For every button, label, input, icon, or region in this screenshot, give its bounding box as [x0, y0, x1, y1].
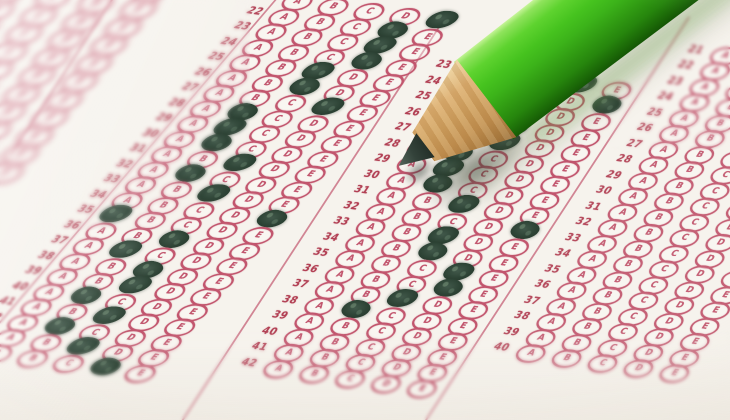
bubble-letter: B	[622, 260, 634, 269]
bubble-letter: E	[447, 337, 458, 346]
bubble-letter: B	[0, 5, 4, 15]
bubble-letter: D	[58, 35, 74, 45]
bubble-letter: B	[401, 228, 413, 237]
bubble-letter: C	[375, 327, 386, 336]
answer-bubble-filled	[297, 61, 339, 79]
question-number: 30	[135, 126, 163, 139]
bubble-letter: B	[40, 338, 53, 347]
bubble-letter: D	[0, 107, 15, 117]
bubble-letter: A	[525, 349, 537, 358]
bubble-letter: B	[196, 155, 209, 164]
answer-bubble: C	[583, 353, 622, 375]
question-number: 34	[316, 230, 342, 243]
answer-bubble-filled	[193, 183, 235, 201]
bubble-letter: D	[333, 88, 347, 97]
bubble-letter: D	[150, 302, 164, 311]
bubble-letter: E	[116, 22, 130, 32]
question-number: 21	[252, 0, 280, 1]
bubble-letter: D	[346, 73, 360, 82]
bubble-letter: C	[679, 234, 690, 243]
bubble-letter: B	[602, 291, 614, 300]
bubble-letter: A	[186, 119, 199, 128]
bubble-letter: D	[44, 53, 60, 63]
bubble-letter: A	[617, 208, 629, 217]
bubble-letter: D	[724, 223, 730, 232]
bubble-letter: A	[596, 239, 608, 248]
bubble-letter: D	[229, 211, 243, 220]
bubble-letter: C	[16, 29, 31, 39]
bubble-letter: E	[357, 109, 369, 118]
question-number: 26	[397, 105, 423, 118]
bubble-letter: A	[173, 135, 186, 144]
bubble-letter: A	[365, 223, 377, 232]
bubble-letter: B	[390, 244, 402, 253]
bubble-letter: A	[344, 255, 356, 264]
bubble-letter: D	[673, 301, 685, 310]
bubble-letter: E	[13, 149, 27, 159]
bubble-letter: A	[566, 286, 578, 295]
question-number: 26	[187, 65, 215, 78]
bubble-letter: A	[556, 302, 568, 311]
answer-bubble: E	[655, 363, 694, 385]
question-number: 32	[108, 157, 136, 170]
bubble-letter: E	[330, 139, 342, 148]
bubble-letter: A	[239, 58, 252, 67]
question-number: 38	[30, 248, 58, 261]
bubble-letter: E	[539, 196, 550, 205]
bubble-letter: B	[144, 216, 157, 225]
bubble-letter: A	[160, 150, 173, 159]
bubble-letter: C	[355, 359, 366, 368]
bubble-letter: D	[14, 89, 30, 99]
bubble-letter: A	[668, 130, 680, 139]
bubble-letter: B	[380, 260, 392, 269]
bubble-letter: A	[4, 333, 17, 342]
question-number: 36	[527, 278, 553, 291]
bubble-letter: D	[472, 238, 484, 247]
question-number: 35	[305, 246, 331, 259]
question-number: 39	[496, 325, 522, 338]
question-number: 24	[418, 74, 444, 87]
bubble-letter: E	[148, 353, 160, 362]
answer-bubble: A	[259, 358, 298, 380]
bubble-letter: B	[694, 150, 706, 159]
answer-bubble: B	[295, 363, 334, 385]
bubble-letter: A	[535, 333, 547, 342]
bubble-letter: C	[0, 65, 2, 75]
bubble-letter: B	[170, 185, 183, 194]
bubble-letter: C	[337, 38, 350, 47]
answer-bubble: A	[511, 343, 550, 365]
bubble-letter: B	[360, 291, 372, 300]
bubble-letter: D	[163, 287, 177, 296]
bubble-letter: A	[278, 12, 291, 21]
bubble-letter: E	[488, 275, 499, 284]
bubble-letter: C	[617, 328, 628, 337]
question-number: 26	[629, 121, 655, 134]
question-number: 29	[148, 111, 176, 124]
bubble-letter: D	[643, 348, 655, 357]
bubble-letter: E	[57, 95, 71, 105]
bubble-letter: D	[268, 165, 282, 174]
bubble-letter: B	[262, 79, 275, 88]
bubble-letter: E	[0, 168, 13, 178]
bubble-letter: B	[309, 369, 321, 378]
bubble-letter: C	[154, 252, 167, 261]
question-number: 34	[547, 247, 573, 260]
bubble-letter: C	[89, 328, 102, 337]
question-number: 23	[428, 58, 454, 71]
bubble-letter: C	[386, 312, 397, 321]
bubble-letter: E	[550, 181, 561, 190]
bubble-letter: A	[43, 287, 56, 296]
question-number: 34	[82, 187, 110, 200]
bubble-letter: C	[46, 0, 61, 3]
bubble-letter: A	[283, 349, 295, 358]
question-number: 29	[367, 152, 393, 165]
answer-bubble-filled	[307, 97, 349, 115]
bubble-letter: E	[669, 369, 680, 378]
bubble-letter: E	[422, 32, 434, 41]
bubble-letter: A	[265, 28, 278, 37]
question-number: 37	[285, 277, 311, 290]
bubble-letter: B	[612, 276, 624, 285]
question-number: 38	[275, 293, 301, 306]
bubble-letter: E	[87, 59, 101, 69]
question-number: 35	[69, 203, 97, 216]
bubble-letter: E	[343, 124, 355, 133]
question-number: 27	[619, 137, 645, 150]
bubble-letter: C	[363, 7, 376, 16]
bubble-letter: A	[147, 165, 160, 174]
bubble-letter: A	[303, 317, 315, 326]
bubble-letter: A	[293, 333, 305, 342]
question-number: 40	[4, 279, 32, 292]
bubble-letter: E	[710, 307, 721, 316]
bubble-letter: E	[427, 369, 438, 378]
question-number: 28	[161, 96, 189, 109]
bubble-letter: E	[72, 77, 86, 87]
bubble-letter: D	[421, 317, 433, 326]
bubble-letter: B	[571, 338, 583, 347]
bubble-letter: A	[576, 271, 588, 280]
bubble-letter: D	[401, 348, 413, 357]
bubble-letter: A	[678, 114, 690, 123]
bubble-letter: C	[416, 265, 427, 274]
answer-bubble-filled	[421, 10, 463, 28]
bubble-letter: D	[653, 333, 665, 342]
bubble-letter: B	[704, 135, 716, 144]
bubble-letter: D	[663, 317, 675, 326]
bubble-letter: C	[193, 206, 206, 215]
bubble-letter: D	[482, 223, 494, 232]
question-number: 33	[557, 231, 583, 244]
answer-bubble-filled	[359, 36, 401, 54]
bubble-letter: D	[462, 254, 474, 263]
bubble-letter: D	[390, 364, 402, 373]
bubble-letter: C	[628, 312, 639, 321]
bubble-letter: E	[409, 48, 421, 57]
bubble-letter: D	[176, 272, 190, 281]
question-number: 32	[568, 215, 594, 228]
bubble-letter: D	[380, 379, 392, 388]
answer-bubble: E	[403, 378, 442, 400]
question-number: 28	[377, 136, 403, 149]
question-number: 40	[254, 324, 280, 337]
bubble-letter: E	[252, 231, 264, 240]
bubble-letter: B	[329, 338, 341, 347]
bubble-letter: C	[345, 374, 356, 383]
bubble-letter: C	[638, 296, 649, 305]
bubble-letter: A	[375, 208, 387, 217]
question-number: 32	[336, 199, 362, 212]
bubble-letter: A	[213, 89, 226, 98]
bubble-letter: A	[56, 272, 69, 281]
answer-bubble-filled	[62, 336, 104, 354]
question-number: 29	[598, 168, 624, 181]
bubble-letter: E	[28, 131, 42, 141]
bubble-letter: A	[95, 226, 108, 235]
bubble-letter: E	[396, 63, 408, 72]
bubble-letter: E	[174, 323, 186, 332]
bubble-letter: B	[725, 103, 730, 112]
bubble-letter: C	[406, 280, 417, 289]
bubble-letter: E	[135, 369, 147, 378]
bubble-letter: A	[355, 239, 367, 248]
bubble-letter: B	[275, 63, 288, 72]
bubble-letter: D	[189, 257, 203, 266]
bubble-letter: D	[294, 134, 308, 143]
question-number: 25	[408, 89, 434, 102]
bubble-letter: D	[398, 12, 412, 21]
bubble-letter: A	[607, 224, 619, 233]
answer-bubble: D	[0, 118, 17, 143]
bubble-letter: C	[271, 114, 284, 123]
bubble-letter: E	[200, 292, 212, 301]
bubble-letter: B	[157, 201, 170, 210]
bubble-letter: C	[285, 99, 298, 108]
bubble-letter: E	[468, 306, 479, 315]
question-number: 37	[517, 294, 543, 307]
bubble-letter: C	[699, 202, 710, 211]
bubble-letter: E	[42, 113, 56, 123]
question-number: 35	[537, 262, 563, 275]
answer-bubble-filled	[209, 117, 251, 135]
bubble-letter: C	[648, 281, 659, 290]
bubble-letter: C	[63, 359, 76, 368]
bubble-letter: E	[131, 4, 145, 14]
bubble-letter: D	[124, 333, 138, 342]
question-number: 36	[295, 262, 321, 275]
question-number: 22	[239, 4, 267, 17]
bubble-letter: B	[653, 213, 665, 222]
answer-bubble-filled	[95, 204, 137, 222]
bubble-letter: D	[203, 241, 217, 250]
answer-bubble-filled	[115, 275, 157, 293]
bubble-letter: C	[658, 265, 669, 274]
bubble-letter: B	[714, 119, 726, 128]
bubble-letter: D	[111, 348, 125, 357]
bubble-letter: B	[319, 354, 331, 363]
bubble-letter: A	[17, 318, 30, 327]
bubble-letter: E	[689, 338, 700, 347]
bubble-letter: D	[704, 254, 716, 263]
bubble-letter: C	[324, 53, 337, 62]
bubble-letter: D	[137, 318, 151, 327]
question-number: 33	[326, 215, 352, 228]
bubble-letter: E	[679, 354, 690, 363]
question-number: 27	[387, 121, 413, 134]
question-number: 41	[0, 294, 19, 307]
bubble-letter: C	[180, 221, 193, 230]
bubble-letter: A	[689, 98, 701, 107]
answer-bubble-filled	[219, 153, 261, 171]
bubble-letter: A	[324, 286, 336, 295]
bubble-letter: A	[121, 196, 134, 205]
bubble-letter: A	[334, 270, 346, 279]
bubble-letter: E	[570, 149, 581, 158]
question-number: 30	[588, 184, 614, 197]
bubble-letter: C	[668, 249, 679, 258]
bubble-letter: A	[252, 43, 265, 52]
bubble-letter: D	[73, 16, 89, 26]
bubble-letter: B	[301, 33, 314, 42]
bubble-letter: B	[27, 354, 40, 363]
bubble-letter: D	[88, 0, 104, 9]
question-number: 31	[346, 183, 372, 196]
bubble-letter: C	[709, 187, 720, 196]
bubble-letter: E	[437, 353, 448, 362]
bubble-letter: A	[200, 104, 213, 113]
bubble-letter: A	[658, 145, 670, 154]
answer-bubble: E	[120, 362, 162, 383]
bubble-letter: E	[458, 322, 469, 331]
bubble-letter: A	[648, 161, 660, 170]
question-number: 23	[226, 19, 254, 32]
bubble-letter: C	[258, 129, 271, 138]
bubble-letter: B	[249, 94, 262, 103]
bubble-letter: B	[643, 229, 655, 238]
bubble-letter: D	[683, 286, 695, 295]
bubble-letter: A	[134, 180, 147, 189]
bubble-letter: E	[213, 277, 225, 286]
question-number: 31	[578, 200, 604, 213]
answer-bubble: E	[0, 160, 30, 185]
bubble-letter: D	[694, 270, 706, 279]
bubble-letter: E	[529, 212, 540, 221]
bubble-letter: C	[115, 297, 128, 306]
bubble-letter: B	[581, 323, 593, 332]
question-number: 30	[356, 168, 382, 181]
question-number: 25	[200, 50, 228, 63]
bubble-letter: D	[307, 119, 321, 128]
bubble-letter: D	[216, 226, 230, 235]
bubble-letter: B	[561, 354, 573, 363]
bubble-letter: A	[627, 192, 639, 201]
bubble-letter: C	[350, 22, 363, 31]
bubble-letter: B	[314, 17, 327, 26]
bubble-letter: B	[339, 322, 351, 331]
bubble-letter: C	[720, 171, 730, 180]
question-number: 42	[234, 356, 260, 369]
bubble-letter: A	[226, 74, 239, 83]
bubble-letter: A	[586, 255, 598, 264]
bubble-letter: E	[509, 243, 520, 252]
bubble-letter: E	[370, 94, 382, 103]
bubble-letter: C	[365, 343, 376, 352]
answer-bubble: C	[331, 368, 370, 390]
bubble-letter: E	[278, 201, 290, 210]
bubble-letter: A	[699, 83, 711, 92]
question-number: 42	[0, 310, 6, 323]
bubble-letter: C	[245, 145, 258, 154]
bubble-letter: C	[31, 11, 46, 21]
bubble-letter: E	[187, 308, 199, 317]
bubble-letter: A	[291, 0, 304, 6]
bubble-letter: A	[69, 257, 82, 266]
bubble-letter: E	[498, 259, 509, 268]
bubble-letter: B	[673, 182, 685, 191]
question-number: 40	[486, 341, 512, 354]
question-number: 38	[506, 309, 532, 322]
question-number: 24	[650, 90, 676, 103]
question-number: 36	[56, 218, 84, 231]
bubble-letter: C	[2, 47, 17, 57]
bubble-letter: A	[719, 51, 730, 60]
bubble-letter: E	[161, 338, 173, 347]
bubble-letter: D	[714, 239, 726, 248]
bubble-letter: C	[607, 344, 618, 353]
bubble-letter: E	[478, 290, 489, 299]
answer-bubble-filled	[89, 306, 131, 324]
bubble-letter: B	[92, 277, 105, 286]
question-number: 31	[121, 141, 149, 154]
bubble-letter: A	[545, 318, 557, 327]
bubble-letter: A	[30, 303, 43, 312]
bubble-letter: C	[597, 359, 608, 368]
bubble-letter: B	[663, 197, 675, 206]
bubble-letter: E	[226, 262, 238, 271]
bubble-letter: B	[632, 244, 644, 253]
bubble-letter: D	[255, 180, 269, 189]
question-number: 33	[95, 172, 123, 185]
bubble-letter: B	[288, 48, 301, 57]
bubble-letter: A	[637, 177, 649, 186]
question-number: 25	[639, 105, 665, 118]
bubble-letter: E	[720, 291, 730, 300]
bubble-letter: E	[291, 185, 303, 194]
question-number: 39	[17, 264, 45, 277]
bubble-letter: A	[709, 67, 721, 76]
bubble-letter: C	[219, 175, 232, 184]
photo-canvas: ABCDEABCDEABCDEABCDEABCDEABCDEABCDEABCDE…	[0, 0, 730, 420]
answer-bubble-filled	[383, 289, 421, 307]
bubble-letter: B	[592, 307, 604, 316]
bubble-letter: D	[29, 71, 45, 81]
bubble-letter: A	[273, 364, 285, 373]
bubble-letter: B	[131, 231, 144, 240]
question-number: 41	[244, 340, 270, 353]
question-number: 39	[264, 309, 290, 322]
bubble-letter: B	[684, 166, 696, 175]
question-number: 27	[174, 80, 202, 93]
bubble-letter: B	[370, 275, 382, 284]
bubble-letter: E	[560, 165, 571, 174]
bubble-letter: E	[317, 155, 329, 164]
question-number: 28	[609, 152, 635, 165]
question-number: 37	[43, 233, 71, 246]
bubble-letter: D	[281, 150, 295, 159]
